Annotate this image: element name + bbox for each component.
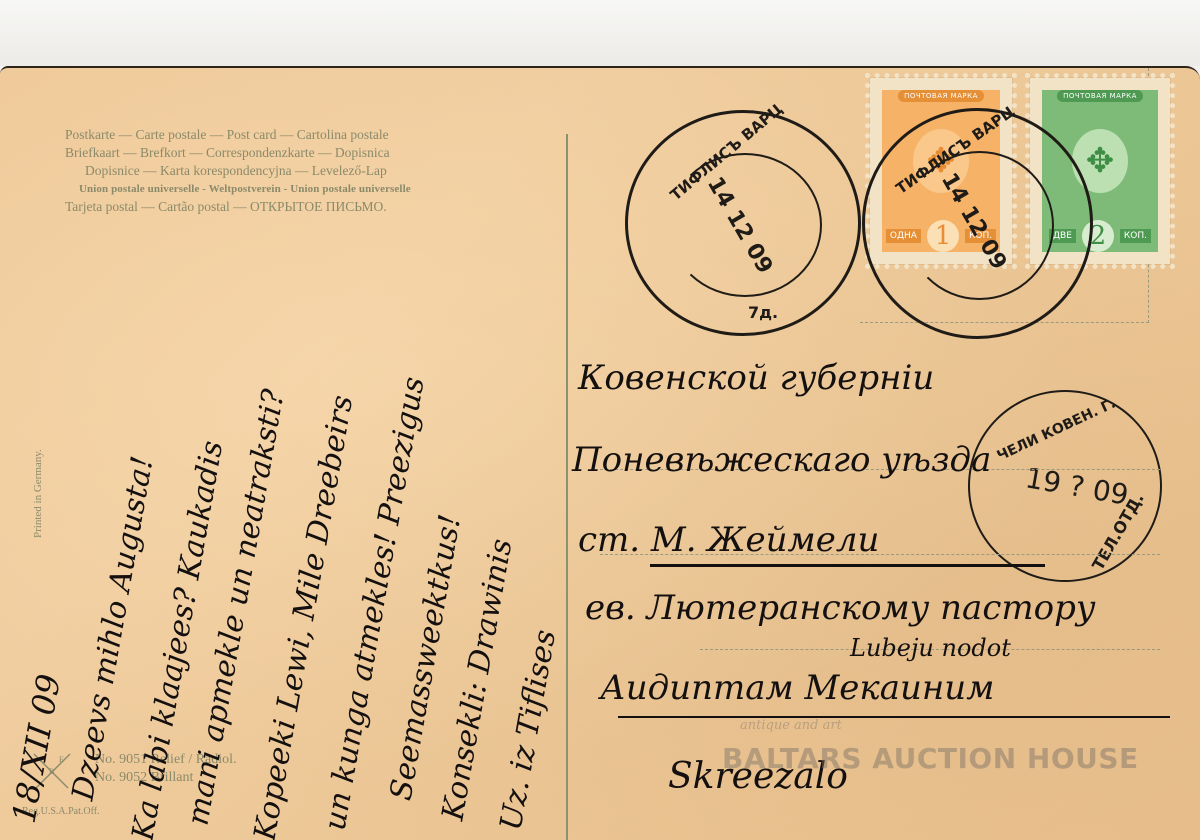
- scanner-background: [0, 0, 1200, 66]
- header-line: Briefkaart — Brefkort — Correspondenzkar…: [65, 144, 411, 162]
- stamp-right-tag: КОП.: [1120, 229, 1151, 243]
- message-date: 18/XII 09: [5, 671, 69, 826]
- postmark-extra: 7д.: [748, 303, 778, 322]
- header-line: Postkarte — Carte postale — Post card — …: [65, 126, 411, 144]
- header-line: Union postale universelle - Weltpostvere…: [65, 180, 411, 198]
- address-underline: [650, 564, 1045, 567]
- printed-header: Postkarte — Carte postale — Post card — …: [65, 126, 411, 216]
- address-line: Ковенской губерніи: [578, 358, 934, 398]
- postcard: Postkarte — Carte postale — Post card — …: [0, 66, 1200, 840]
- address-line: ев. Лютеранскому пастору: [585, 588, 1096, 628]
- address-underline: [618, 716, 1170, 718]
- address-line: Аидиптам Мекаиним: [600, 668, 994, 708]
- address-line: Поневѣжескаго уѣзда: [572, 440, 991, 480]
- watermark-logo: BALTARS AUCTION HOUSE: [722, 742, 1139, 775]
- message-line: Uz. iz Tiflises: [494, 627, 564, 833]
- postmark-tiflis-2: ТИФЛИСЪ ВАРЦ 14 12 09: [862, 108, 1093, 339]
- postmark-text: ЧЕЛИ КОВЕН. Г.: [995, 396, 1119, 465]
- header-line: Dopisnice — Karta korespondencyjna — Lev…: [65, 162, 411, 180]
- header-line: Tarjeta postal — Cartão postal — ОТКРЫТО…: [65, 198, 411, 216]
- printed-in-germany: Printed in Germany.: [32, 449, 44, 538]
- postmark-tiflis-1: ТИФЛИСЪ ВАРЦ 14 12 09 7д.: [625, 110, 861, 336]
- divider-line: [566, 134, 568, 840]
- address-line: Lubeju nodot: [850, 634, 1011, 662]
- stamp-top-text: ПОЧТОВАЯ МАРКА: [898, 90, 984, 102]
- svg-text:F: F: [59, 755, 64, 764]
- watermark-tagline: antique and art: [740, 718, 842, 733]
- address-line: ст. М. Жеймели: [578, 520, 879, 560]
- stamp-top-text: ПОЧТОВАЯ МАРКА: [1057, 90, 1143, 102]
